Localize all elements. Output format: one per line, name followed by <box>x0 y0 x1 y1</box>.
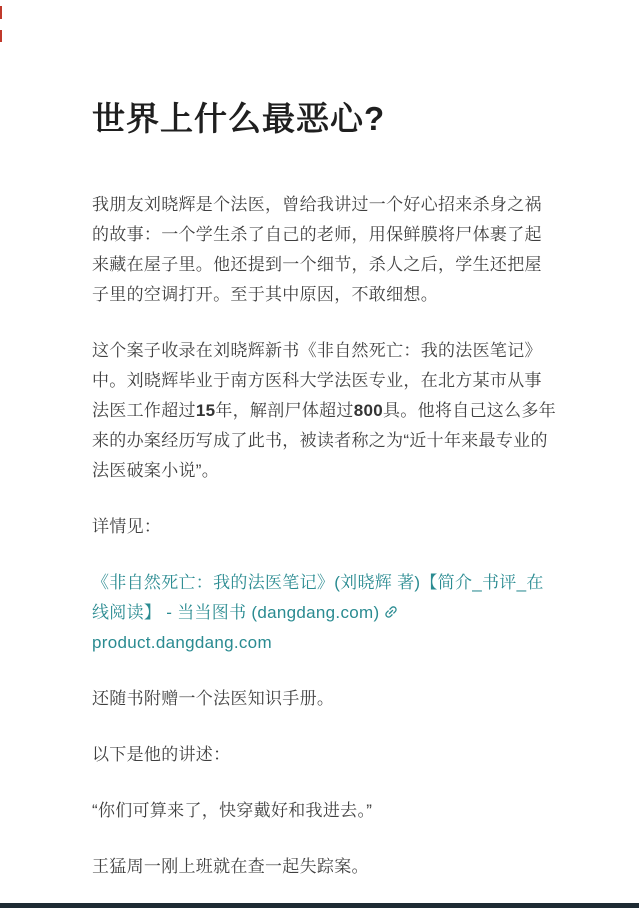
quote-paragraph: “你们可算来了，快穿戴好和我进去。” <box>92 796 556 826</box>
bonus-paragraph: 还随书附赠一个法医知识手册。 <box>92 684 556 714</box>
article-content: 世界上什么最恶心? 我朋友刘晓辉是个法医，曾给我讲过一个好心招来杀身之祸的故事：… <box>92 93 556 908</box>
link-icon <box>380 601 403 624</box>
article-page: 世界上什么最恶心? 我朋友刘晓辉是个法医，曾给我讲过一个好心招来杀身之祸的故事：… <box>0 0 639 908</box>
closing-paragraph: 王猛周一刚上班就在查一起失踪案。 <box>92 852 556 882</box>
bottom-edge-artifact <box>0 903 639 908</box>
narration-label: 以下是他的讲述： <box>92 740 556 770</box>
scan-edge-artifact <box>0 30 2 42</box>
intro-paragraph: 我朋友刘晓辉是个法医，曾给我讲过一个好心招来杀身之祸的故事：一个学生杀了自己的老… <box>92 190 556 310</box>
book-link-block: 《非自然死亡：我的法医笔记》(刘晓辉 著)【简介_书评_在线阅读】 - 当当图书… <box>92 568 556 658</box>
book-paragraph-segment: 年，解剖尸体超过 <box>215 401 353 420</box>
book-link[interactable]: 《非自然死亡：我的法医笔记》(刘晓辉 著)【简介_书评_在线阅读】 - 当当图书… <box>92 573 544 622</box>
years-count: 15 <box>196 401 216 420</box>
bodies-count: 800 <box>354 401 383 420</box>
details-label: 详情见： <box>92 512 556 542</box>
page-title: 世界上什么最恶心? <box>92 93 556 140</box>
book-description-paragraph: 这个案子收录在刘晓辉新书《非自然死亡：我的法医笔记》中。刘晓辉毕业于南方医科大学… <box>92 336 556 486</box>
book-link-domain[interactable]: product.dangdang.com <box>92 633 272 652</box>
scan-edge-artifact <box>0 6 2 19</box>
